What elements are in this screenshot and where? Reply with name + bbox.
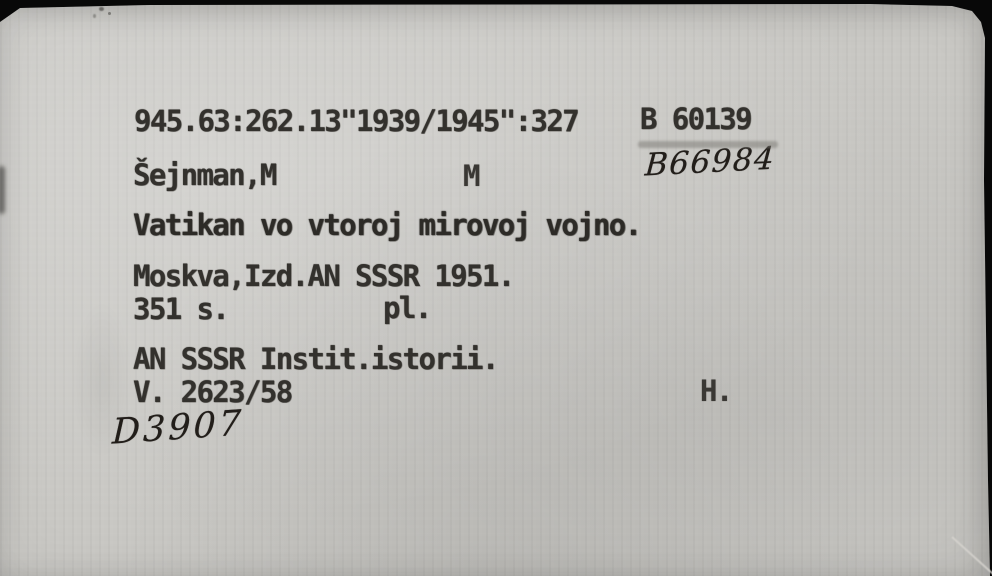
plates-note: pl. [383,294,431,323]
corporate-author: AN SSSR Instit.istorii. [133,345,498,374]
paper-stain [72,300,132,460]
gray-smear-mark [638,141,778,148]
accession-number-typed: B 60139 [640,105,751,134]
pagination: 351 s. [133,295,228,324]
ink-speck [108,12,111,15]
ink-speck [99,7,104,11]
edge-smudge [0,166,5,214]
ink-speck [93,14,96,18]
author-mark: M [463,162,479,191]
call-number: 945.63:262.13"1939/1945":327 [134,107,578,136]
imprint-line: Moskva,Izd.AN SSSR 1951. [133,262,514,291]
title-line: Vatikan vo vtoroj mirovoj vojno. [133,211,641,240]
order-number: V. 2623/58 [133,378,292,407]
catalog-card: 945.63:262.13"1939/1945":327 B 60139 Šej… [0,0,992,576]
scanned-catalog-card-photo: 945.63:262.13"1939/1945":327 B 60139 Šej… [0,0,992,576]
author-line: Šejnman,M [133,161,276,190]
letter-mark: H. [700,377,732,406]
